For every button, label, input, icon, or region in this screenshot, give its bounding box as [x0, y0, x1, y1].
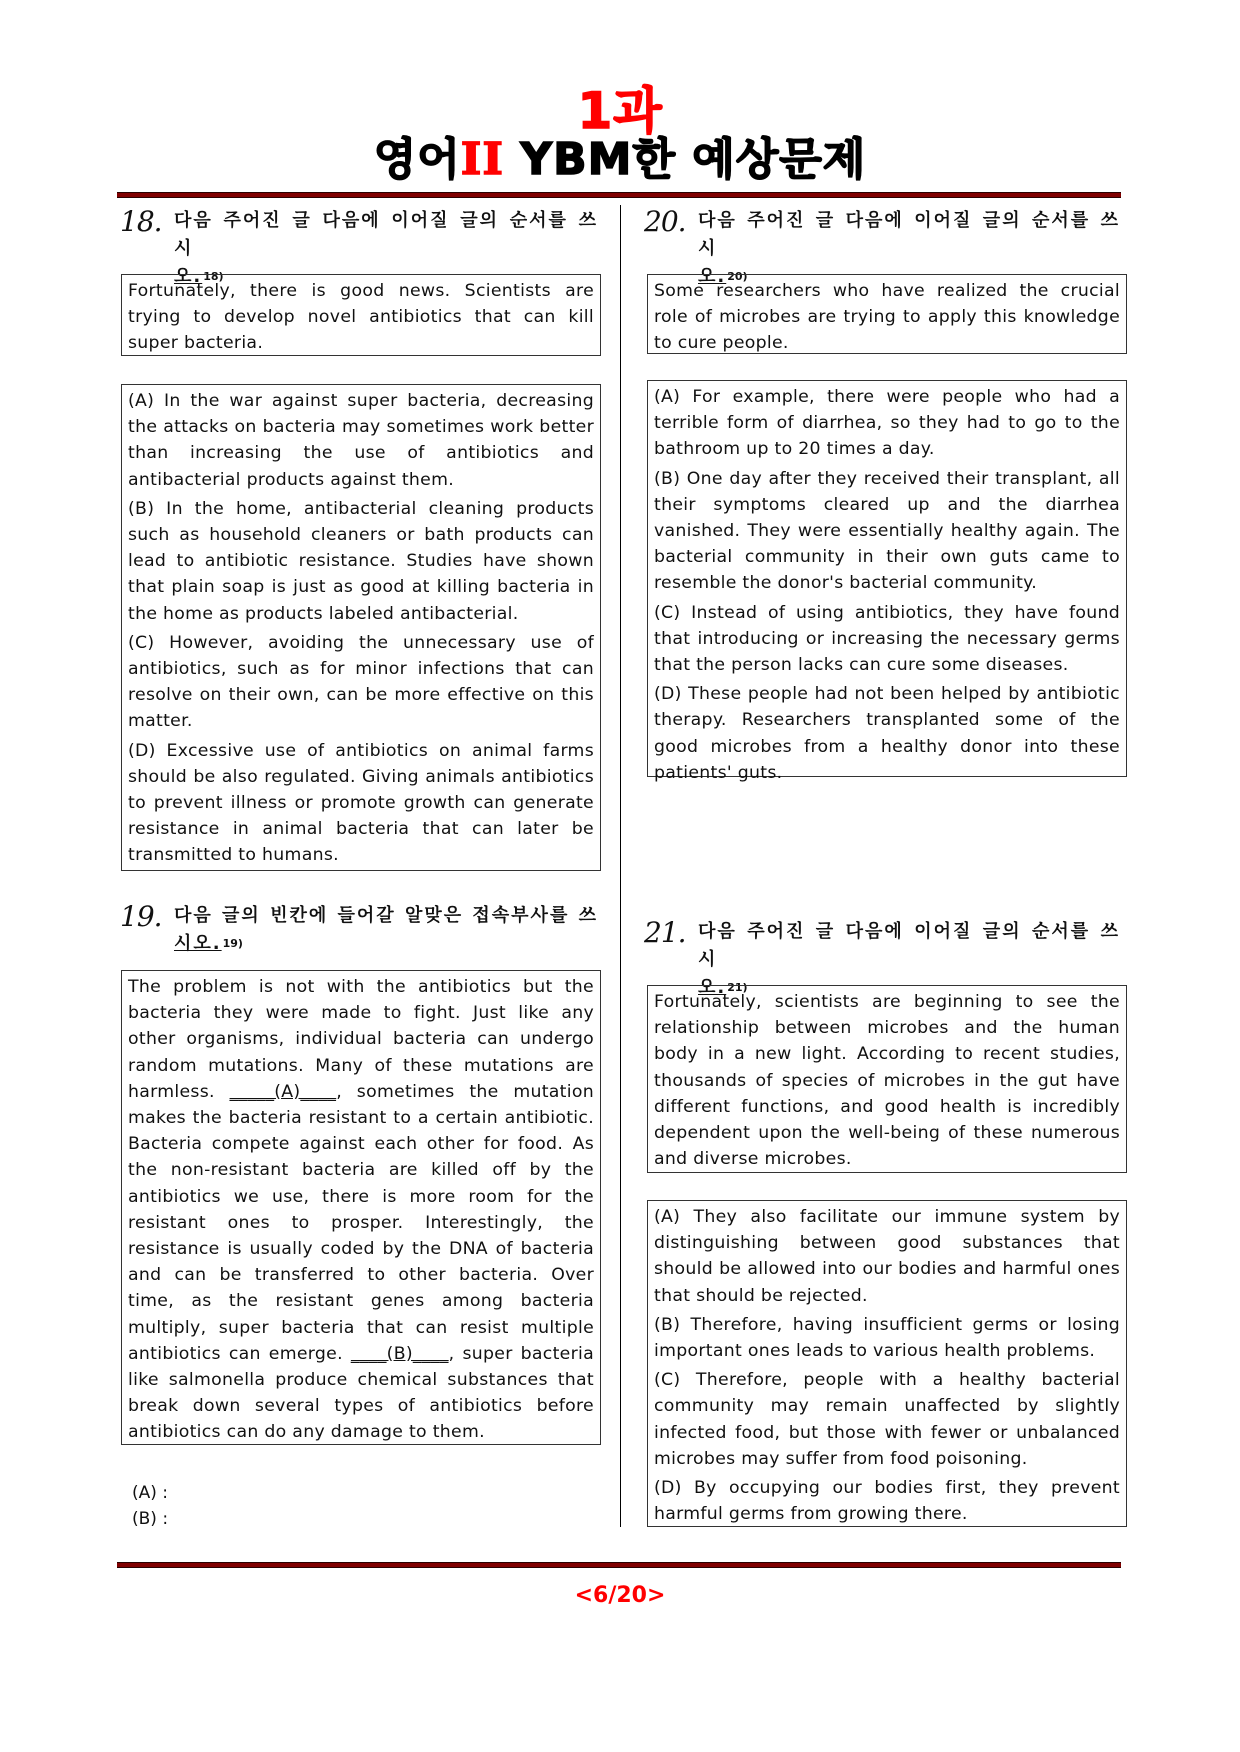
title-suffix: YBM한 예상문제: [504, 134, 866, 185]
given-passage-box: Fortunately, scientists are beginning to…: [647, 985, 1127, 1173]
given-passage-box: Some researchers who have realized the c…: [647, 274, 1127, 354]
given-passage-box: Fortunately, there is good news. Scienti…: [121, 274, 601, 356]
given-passage: Fortunately, scientists are beginning to…: [654, 989, 1120, 1172]
exam-title: 영어II YBM한 예상문제: [0, 134, 1240, 186]
column-divider: [620, 205, 621, 1527]
option-c: (C) Instead of using antibiotics, they h…: [654, 600, 1120, 679]
option-b: (B) One day after they received their tr…: [654, 466, 1120, 597]
footer-rule: [117, 1562, 1121, 1568]
option-a: (A) In the war against super bacteria, d…: [128, 388, 594, 493]
blank-b: ____(B)____: [351, 1344, 449, 1364]
options-box: (A) They also facilitate our immune syst…: [647, 1200, 1127, 1527]
title-accent: II: [461, 134, 504, 185]
question-number: 20.: [644, 207, 698, 237]
question-instruction: 다음 글의 빈칸에 들어갈 알맞은 접속부사를 쓰 시오.19): [174, 902, 598, 958]
blank-passage: The problem is not with the antibiotics …: [128, 974, 594, 1446]
page-indicator: <6/20>: [0, 1583, 1240, 1608]
question-number: 19.: [120, 902, 174, 932]
passage-box: The problem is not with the antibiotics …: [121, 970, 601, 1445]
question-number: 21.: [644, 918, 698, 948]
blank-a: _____(A)____: [230, 1082, 337, 1102]
options-box: (A) In the war against super bacteria, d…: [121, 384, 601, 871]
option-c: (C) However, avoiding the unnecessary us…: [128, 630, 594, 735]
question-number: 18.: [120, 207, 174, 237]
title-prefix: 영어: [374, 134, 461, 185]
options-box: (A) For example, there were people who h…: [647, 380, 1127, 777]
option-b: (B) Therefore, having insufficient germs…: [654, 1312, 1120, 1364]
given-passage: Fortunately, there is good news. Scienti…: [128, 278, 594, 357]
option-d: (D) These people had not been helped by …: [654, 681, 1120, 786]
option-d: (D) By occupying our bodies first, they …: [654, 1475, 1120, 1527]
option-a: (A) For example, there were people who h…: [654, 384, 1120, 463]
footnote-ref: 19): [223, 937, 243, 950]
answer-a-label: (A) :: [132, 1480, 168, 1506]
header-rule: [117, 192, 1121, 198]
answer-b-label: (B) :: [132, 1506, 168, 1532]
question-19-heading: 19. 다음 글의 빈칸에 들어갈 알맞은 접속부사를 쓰 시오.19): [120, 902, 598, 958]
option-b: (B) In the home, antibacterial cleaning …: [128, 496, 594, 627]
page-header: 1과 영어II YBM한 예상문제: [0, 84, 1240, 186]
option-d: (D) Excessive use of antibiotics on anim…: [128, 738, 594, 869]
option-c: (C) Therefore, people with a healthy bac…: [654, 1367, 1120, 1472]
answer-lines: (A) : (B) :: [132, 1480, 168, 1532]
lesson-title: 1과: [0, 84, 1240, 138]
option-a: (A) They also facilitate our immune syst…: [654, 1204, 1120, 1309]
given-passage: Some researchers who have realized the c…: [654, 278, 1120, 357]
